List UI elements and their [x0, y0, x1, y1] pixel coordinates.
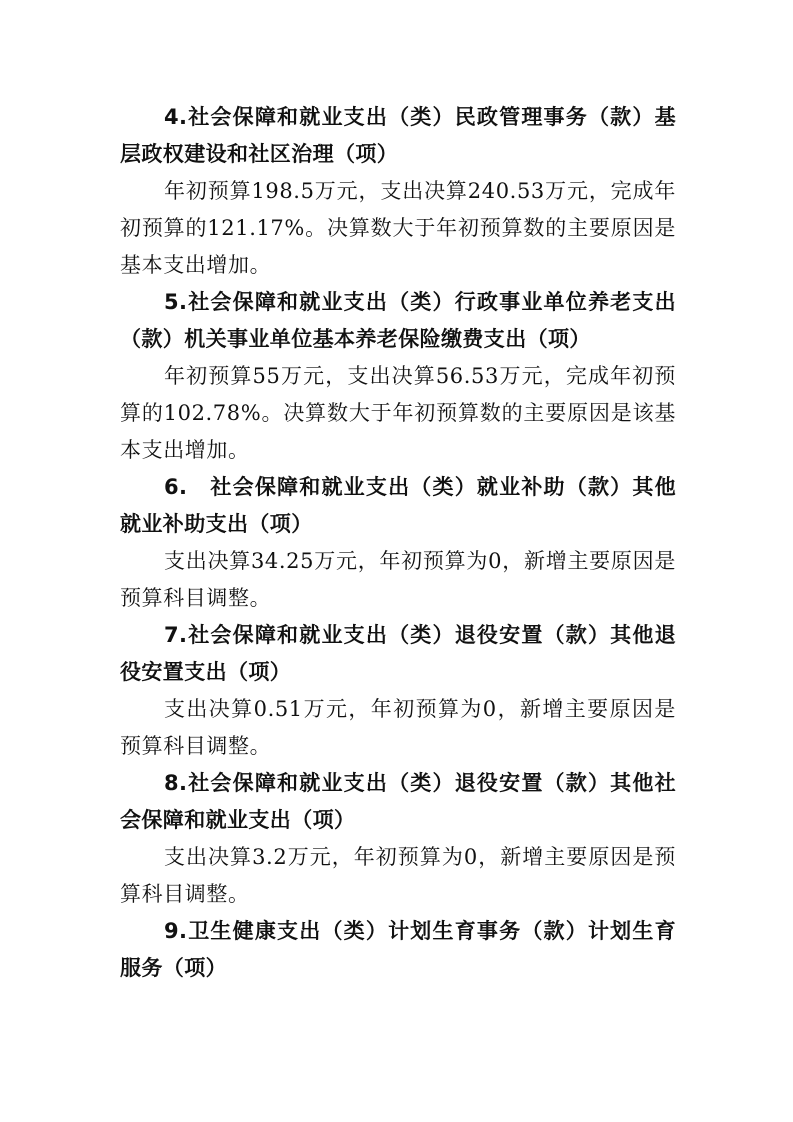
- section-body-7: 支出决算0.51万元，年初预算为0，新增主要原因是预算科目调整。: [120, 691, 676, 765]
- section-body-6: 支出决算34.25万元，年初预算为0，新增主要原因是预算科目调整。: [120, 543, 676, 617]
- section-heading-6: 6. 社会保障和就业支出（类）就业补助（款）其他就业补助支出（项）: [120, 469, 676, 543]
- document-page: 4.社会保障和就业支出（类）民政管理事务（款）基层政权建设和社区治理（项） 年初…: [120, 99, 676, 987]
- section-heading-5: 5.社会保障和就业支出（类）行政事业单位养老支出（款）机关事业单位基本养老保险缴…: [120, 284, 676, 358]
- section-body-5: 年初预算55万元，支出决算56.53万元，完成年初预算的102.78%。决算数大…: [120, 358, 676, 469]
- section-body-8: 支出决算3.2万元，年初预算为0，新增主要原因是预算科目调整。: [120, 839, 676, 913]
- section-body-4: 年初预算198.5万元，支出决算240.53万元，完成年初预算的121.17%。…: [120, 173, 676, 284]
- section-heading-4: 4.社会保障和就业支出（类）民政管理事务（款）基层政权建设和社区治理（项）: [120, 99, 676, 173]
- section-heading-7: 7.社会保障和就业支出（类）退役安置（款）其他退役安置支出（项）: [120, 617, 676, 691]
- section-heading-9: 9.卫生健康支出（类）计划生育事务（款）计划生育服务（项）: [120, 913, 676, 987]
- section-heading-8: 8.社会保障和就业支出（类）退役安置（款）其他社会保障和就业支出（项）: [120, 765, 676, 839]
